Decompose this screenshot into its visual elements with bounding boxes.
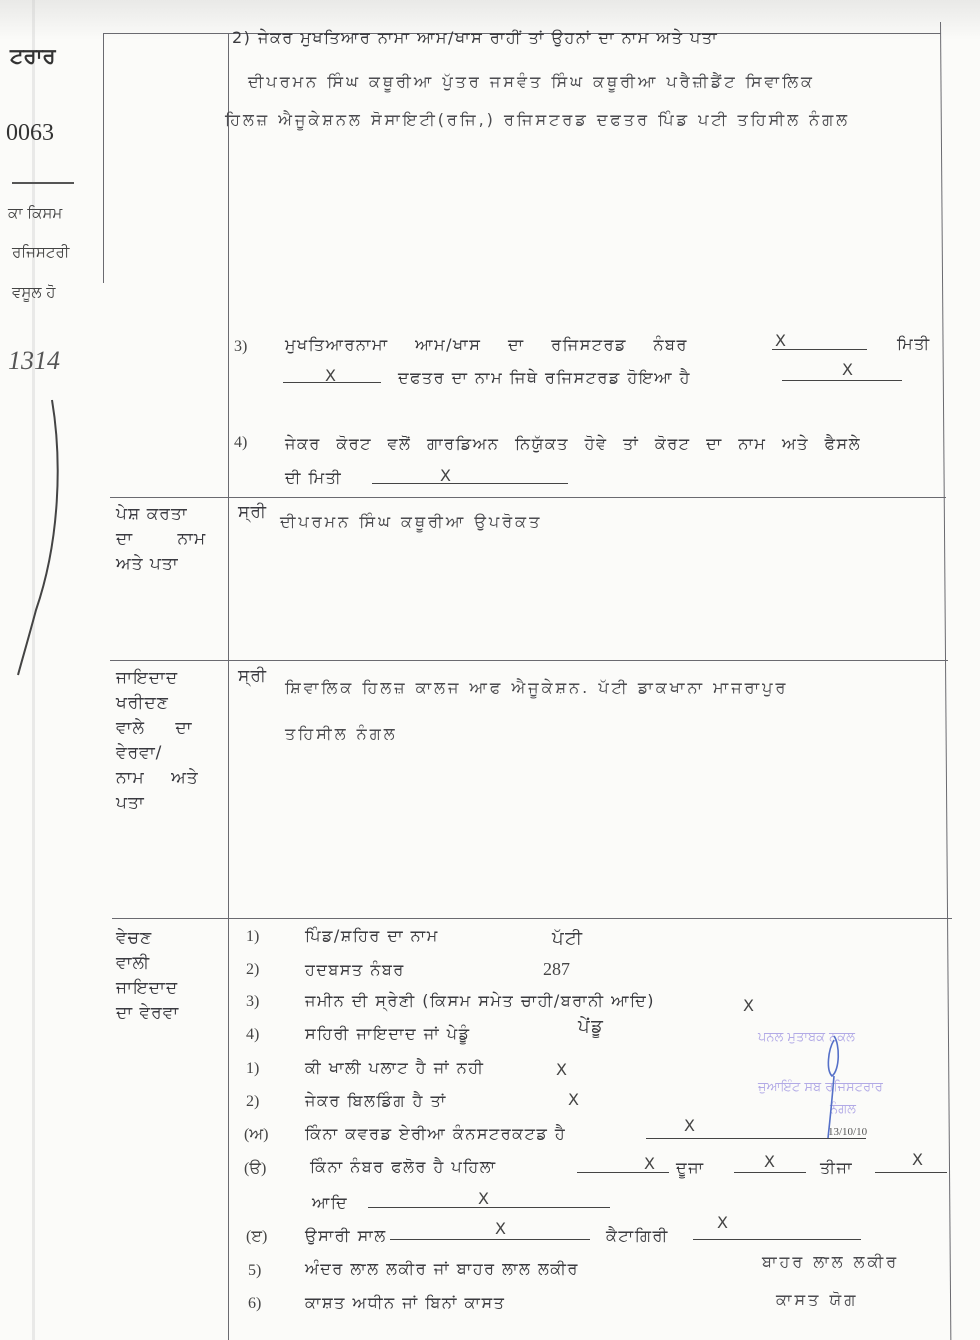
margin-line-1: ਕਾ ਕਿਸਮ <box>8 204 62 222</box>
table-left-border-top <box>103 33 104 283</box>
attorney-item-2-label: 2) ਜੇਕਰ ਮੁਖਤਿਆਰ ਨਾਮਾ ਆਮ/ਖਾਸ ਰਾਹੀਂ ਤਾਂ ਉਹ… <box>232 28 718 48</box>
row-label: ਜੇਕਰ ਬਿਲਡਿੰਗ ਹੈ ਤਾਂ <box>305 1091 447 1111</box>
village-name-value: ਪੱਟੀ <box>552 928 584 949</box>
third-floor-blank <box>875 1172 947 1173</box>
lal-lakir-value: ਬਾਹਰ ਲਾਲ ਲਕੀਰ <box>762 1252 899 1272</box>
presenter-label: ਪੇਸ਼ ਕਰਤਾ ਦਾ ਨਾਮ ਅਤੇ ਪਤਾ <box>116 502 206 577</box>
court-decision-date-blank <box>372 483 568 484</box>
buyer-label-line: ਵਾਲੇ ਦਾ <box>116 716 199 741</box>
lal-lakir-num: 5) <box>248 1262 261 1280</box>
second-floor-blank <box>734 1172 806 1173</box>
empty-plot-value: X <box>556 1060 567 1079</box>
buyer-prefix: ਸ੍ਰੀ <box>238 664 267 689</box>
row-label: ਪਿੰਡ/ਸ਼ਹਿਰ ਦਾ ਨਾਮ <box>305 926 439 946</box>
presenter-label-line: ਅਤੇ ਪਤਾ <box>116 552 206 577</box>
attorney-date-label: ਮਿਤੀ <box>897 334 931 354</box>
row-num: 1) <box>246 1060 259 1078</box>
building-value: X <box>568 1090 579 1109</box>
margin-handwritten-number: 1314 <box>8 346 60 376</box>
etc-floor-label: ਆਦਿ <box>312 1193 348 1213</box>
attorney-name-line-1: ਦੀਪਰਮਨ ਸਿੰਘ ਕਥੂਰੀਆ ਪੁੱਤਰ ਜਸਵੰਤ ਸਿੰਘ ਕਥੂਰ… <box>248 72 815 92</box>
margin-number: 0063 <box>6 120 54 147</box>
land-category-value: X <box>743 996 754 1015</box>
margin-line-2: ਰਜਿਸਟਰੀ <box>12 243 69 261</box>
row-divider-1 <box>110 497 946 498</box>
second-floor-label: ਦੂਜਾ <box>676 1158 705 1178</box>
signature-icon <box>820 1030 860 1140</box>
row-num: 2) <box>246 1093 259 1111</box>
cultivation-label: ਕਾਸ਼ਤ ਅਧੀਨ ਜਾਂ ਬਿਨਾਂ ਕਾਸਤ <box>305 1293 505 1313</box>
attorney-item-3-text: ਮੁਖਤਿਆਰਨਾਮਾ ਆਮ/ਖਾਸ ਦਾ ਰਜਿਸਟਰਡ ਨੰਬਰ <box>285 335 688 355</box>
third-floor-value: X <box>912 1150 923 1169</box>
first-floor-value: X <box>644 1154 655 1173</box>
attorney-item-3-num: 3) <box>234 338 247 356</box>
buyer-name-line-1: ਸ਼ਿਵਾਲਿਕ ਹਿਲਜ਼ ਕਾਲਜ ਆਫ ਐਜੂਕੇਸ਼ਨ. ਪੱਟੀ ਡਾ… <box>285 678 788 698</box>
construction-year-value: X <box>495 1219 506 1238</box>
attorney-item-4-text: ਜੇਕਰ ਕੋਰਟ ਵਲੋਂ ਗਾਰਡਿਅਨ ਨਿਯੁੱਕਤ ਹੋਵੇ ਤਾਂ … <box>285 434 861 454</box>
floors-label: ਕਿੰਨਾ ਨੰਬਰ ਫਲੋਰ ਹੈ ਪਹਿਲਾ <box>310 1157 497 1177</box>
category-label: ਕੈਟਾਗਿਰੀ <box>606 1226 669 1246</box>
buyer-label-line: ਪਤਾ <box>116 791 199 816</box>
row-label: ਸਹਿਰੀ ਜਾਇਦਾਦ ਜਾਂ ਪੇਡੂੰ <box>305 1024 471 1044</box>
property-label-line: ਦਾ ਵੇਰਵਾ <box>116 1001 179 1026</box>
floors-num: (ੳ) <box>244 1160 266 1178</box>
attorney-date-blank <box>283 382 381 383</box>
construction-num: (ੲ) <box>246 1228 267 1246</box>
first-floor-blank <box>577 1172 669 1173</box>
column-divider <box>228 33 229 1340</box>
second-floor-value: X <box>764 1152 775 1171</box>
attorney-office-label: ਦਫਤਰ ਦਾ ਨਾਮ ਜਿਥੇ ਰਜਿਸਟਰਡ ਹੋਇਆ ਹੈ <box>398 368 691 388</box>
buyer-label-line: ਨਾਮ ਅਤੇ <box>116 766 199 791</box>
buyer-label-line: ਵੇਰਵਾ/ <box>116 741 199 766</box>
row-label: ਜਮੀਨ ਦੀ ਸ੍ਰੇਣੀ (ਕਿਸਮ ਸਮੇਤ ਚਾਹੀ/ਬਰਾਨੀ ਆਦਿ… <box>305 991 655 1011</box>
row-label: ਕਿੰਨਾ ਕਵਰਡ ਏਰੀਆ ਕੰਨਸਟਰਕਟਡ ਹੈ <box>305 1124 566 1144</box>
hadbast-number-value: 287 <box>543 959 570 980</box>
row-divider-2 <box>110 660 948 661</box>
attorney-reg-number-blank <box>772 349 867 350</box>
row-num: 1) <box>246 928 259 946</box>
attorney-name-line-2: ਹਿਲਜ਼ ਐਜੂਕੇਸ਼ਨਲ ਸੋਸਾਇਟੀ(ਰਜਿ,) ਰਜਿਸਟਰਡ ਦਫ… <box>225 110 850 130</box>
cultivation-value: ਕਾਸਤ ਯੋਗ <box>776 1290 858 1310</box>
table-right-border <box>940 22 951 1340</box>
category-value: X <box>717 1213 728 1232</box>
buyer-label: ਜਾਇਦਾਦ ਖਰੀਦਣ ਵਾਲੇ ਦਾ ਵੇਰਵਾ/ ਨਾਮ ਅਤੇ ਪਤਾ <box>116 666 199 816</box>
buyer-name-line-2: ਤਹਿਸੀਲ ਨੰਗਲ <box>285 724 398 744</box>
row-num: (ਅ) <box>244 1126 268 1144</box>
row-label: ਹਦਬਸਤ ਨੰਬਰ <box>305 960 405 980</box>
property-label: ਵੇਚਣ ਵਾਲੀ ਜਾਇਦਾਦ ਦਾ ਵੇਰਵਾ <box>116 926 179 1026</box>
row-divider-3 <box>112 918 952 919</box>
attorney-item-4-num: 4) <box>234 434 247 452</box>
row-num: 3) <box>246 993 259 1011</box>
margin-line-3: ਵਸੂਲ ਹੋ <box>12 283 56 301</box>
row-num: 4) <box>246 1026 259 1044</box>
attorney-item-4-date-label: ਦੀ ਮਿਤੀ <box>285 468 342 488</box>
construction-year-label: ਉਸਾਰੀ ਸਾਲ <box>305 1226 387 1246</box>
margin-rule <box>12 182 74 184</box>
presenter-label-line: ਪੇਸ਼ ਕਰਤਾ <box>116 502 206 527</box>
third-floor-label: ਤੀਜਾ <box>820 1158 853 1178</box>
property-label-line: ਜਾਇਦਾਦ <box>116 976 179 1001</box>
row-label: ਕੀ ਖਾਲੀ ਪਲਾਟ ਹੈ ਜਾਂ ਨਹੀ <box>305 1058 484 1078</box>
row-num: 2) <box>246 961 259 979</box>
lal-lakir-label: ਅੰਦਰ ਲਾਲ ਲਕੀਰ ਜਾਂ ਬਾਹਰ ਲਾਲ ਲਕੀਰ <box>305 1259 579 1279</box>
etc-floor-value: X <box>478 1189 489 1208</box>
buyer-label-line: ਜਾਇਦਾਦ <box>116 666 199 691</box>
margin-title: ਟਰਾਰ <box>10 44 56 69</box>
property-label-line: ਵੇਚਣ <box>116 926 179 951</box>
presenter-name: ਦੀਪਰਮਨ ਸਿੰਘ ਕਥੂਰੀਆ ਉਪਰੋਕਤ <box>280 512 542 532</box>
margin-pen-stroke <box>0 390 80 690</box>
urban-rural-value: ਪੇਂਡੂ <box>578 1016 604 1037</box>
presenter-prefix: ਸ੍ਰੀ <box>238 500 267 525</box>
attorney-office-value[interactable]: X <box>842 360 853 379</box>
cultivation-num: 6) <box>248 1295 261 1313</box>
covered-area-value: X <box>684 1116 695 1135</box>
construction-year-blank <box>390 1239 590 1240</box>
etc-floor-blank <box>368 1207 610 1208</box>
buyer-label-line: ਖਰੀਦਣ <box>116 691 199 716</box>
attorney-reg-number-value[interactable]: X <box>775 331 786 350</box>
presenter-label-line: ਦਾ ਨਾਮ <box>116 527 206 552</box>
category-blank <box>693 1239 861 1240</box>
attorney-office-blank <box>782 380 902 381</box>
property-label-line: ਵਾਲੀ <box>116 951 179 976</box>
